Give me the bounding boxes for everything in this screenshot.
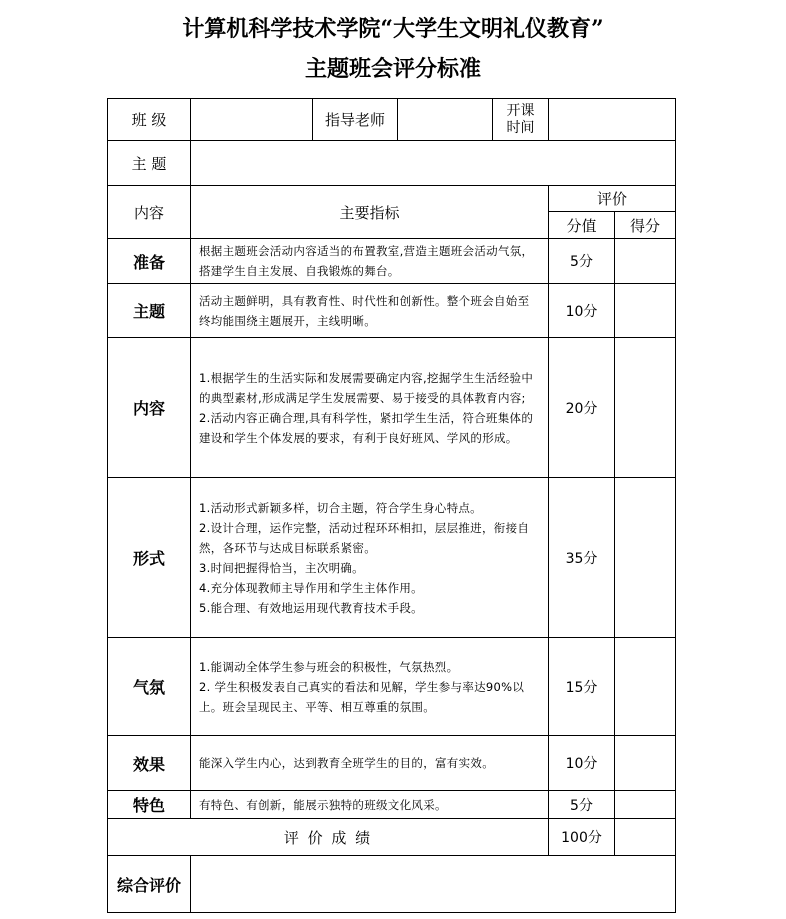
criterion-points: 10分 <box>548 735 615 791</box>
criterion-category: 内容 <box>107 337 191 478</box>
criterion-description: 1.活动形式新颖多样，切合主题，符合学生身心特点。 2.设计合理，运作完整，活动… <box>190 477 549 638</box>
criterion-category: 气氛 <box>107 637 191 736</box>
total-label: 评 价 成 绩 <box>107 818 549 856</box>
criterion-line: 根据主题班会活动内容适当的布置教室,营造主题班会活动气氛，搭建学生自主发展、自我… <box>199 241 540 281</box>
time-label-line2: 时间 <box>507 120 535 137</box>
criterion-category: 特色 <box>107 790 191 819</box>
criterion-line: 1.活动形式新颖多样，切合主题，符合学生身心特点。 <box>199 498 540 518</box>
criterion-score-field[interactable] <box>614 790 676 819</box>
total-points: 100分 <box>548 818 615 856</box>
indicators-column-header: 主要指标 <box>190 185 549 239</box>
criterion-category: 主题 <box>107 283 191 338</box>
content-column-header: 内容 <box>107 185 191 239</box>
criterion-score-field[interactable] <box>614 637 676 736</box>
criterion-points: 15分 <box>548 637 615 736</box>
criterion-points: 5分 <box>548 238 615 284</box>
criterion-points: 5分 <box>548 790 615 819</box>
class-label: 班 级 <box>107 98 191 141</box>
criterion-line: 2.活动内容正确合理,具有科学性，紧扣学生生活，符合班集体的建设和学生个体发展的… <box>199 408 540 448</box>
document-title-line1: 计算机科学技术学院“大学生文明礼仪教育” <box>0 12 786 43</box>
theme-field[interactable] <box>190 140 676 186</box>
criterion-category: 准备 <box>107 238 191 284</box>
total-score-field[interactable] <box>614 818 676 856</box>
criterion-line: 能深入学生内心，达到教育全班学生的目的，富有实效。 <box>199 753 540 773</box>
score-column-header: 得分 <box>614 211 676 239</box>
points-column-header: 分值 <box>548 211 615 239</box>
criterion-line: 3.时间把握得恰当，主次明确。 <box>199 558 540 578</box>
criterion-description: 能深入学生内心，达到教育全班学生的目的，富有实效。 <box>190 735 549 791</box>
criterion-score-field[interactable] <box>614 735 676 791</box>
criterion-line: 2.设计合理，运作完整，活动过程环环相扣，层层推进，衔接自然，各环节与达成目标联… <box>199 518 540 558</box>
overall-evaluation-label: 综合评价 <box>107 855 191 913</box>
evaluation-column-header: 评价 <box>548 185 676 212</box>
criterion-score-field[interactable] <box>614 238 676 284</box>
criterion-points: 20分 <box>548 337 615 478</box>
criterion-description: 有特色、有创新，能展示独特的班级文化风采。 <box>190 790 549 819</box>
criterion-score-field[interactable] <box>614 337 676 478</box>
criterion-description: 活动主题鲜明，具有教育性、时代性和创新性。整个班会自始至终均能围绕主题展开，主线… <box>190 283 549 338</box>
document-title-line2: 主题班会评分标准 <box>0 52 786 83</box>
criterion-description: 1.能调动全体学生参与班会的积极性，气氛热烈。 2. 学生积极发表自己真实的看法… <box>190 637 549 736</box>
overall-evaluation-field[interactable] <box>190 855 676 913</box>
teacher-label: 指导老师 <box>312 98 398 141</box>
time-label: 开课 时间 <box>492 98 549 141</box>
criterion-category: 形式 <box>107 477 191 638</box>
class-field[interactable] <box>190 98 313 141</box>
teacher-field[interactable] <box>397 98 493 141</box>
criterion-line: 有特色、有创新，能展示独特的班级文化风采。 <box>199 795 540 815</box>
criterion-line: 2. 学生积极发表自己真实的看法和见解，学生参与率达90%以上。班会呈现民主、平… <box>199 677 540 717</box>
criterion-description: 1.根据学生的生活实际和发展需要确定内容,挖掘学生生活经验中的典型素材,形成满足… <box>190 337 549 478</box>
theme-label: 主 题 <box>107 140 191 186</box>
criterion-line: 1.能调动全体学生参与班会的积极性，气氛热烈。 <box>199 657 540 677</box>
criterion-description: 根据主题班会活动内容适当的布置教室,营造主题班会活动气氛，搭建学生自主发展、自我… <box>190 238 549 284</box>
criterion-line: 活动主题鲜明，具有教育性、时代性和创新性。整个班会自始至终均能围绕主题展开，主线… <box>199 291 540 331</box>
criterion-score-field[interactable] <box>614 283 676 338</box>
criterion-line: 4.充分体现教师主导作用和学生主体作用。 <box>199 578 540 598</box>
criterion-score-field[interactable] <box>614 477 676 638</box>
criterion-points: 10分 <box>548 283 615 338</box>
time-field[interactable] <box>548 98 676 141</box>
criterion-category: 效果 <box>107 735 191 791</box>
criterion-points: 35分 <box>548 477 615 638</box>
criterion-line: 5.能合理、有效地运用现代教育技术手段。 <box>199 598 540 618</box>
criterion-line: 1.根据学生的生活实际和发展需要确定内容,挖掘学生生活经验中的典型素材,形成满足… <box>199 368 540 408</box>
time-label-line1: 开课 <box>507 103 535 120</box>
